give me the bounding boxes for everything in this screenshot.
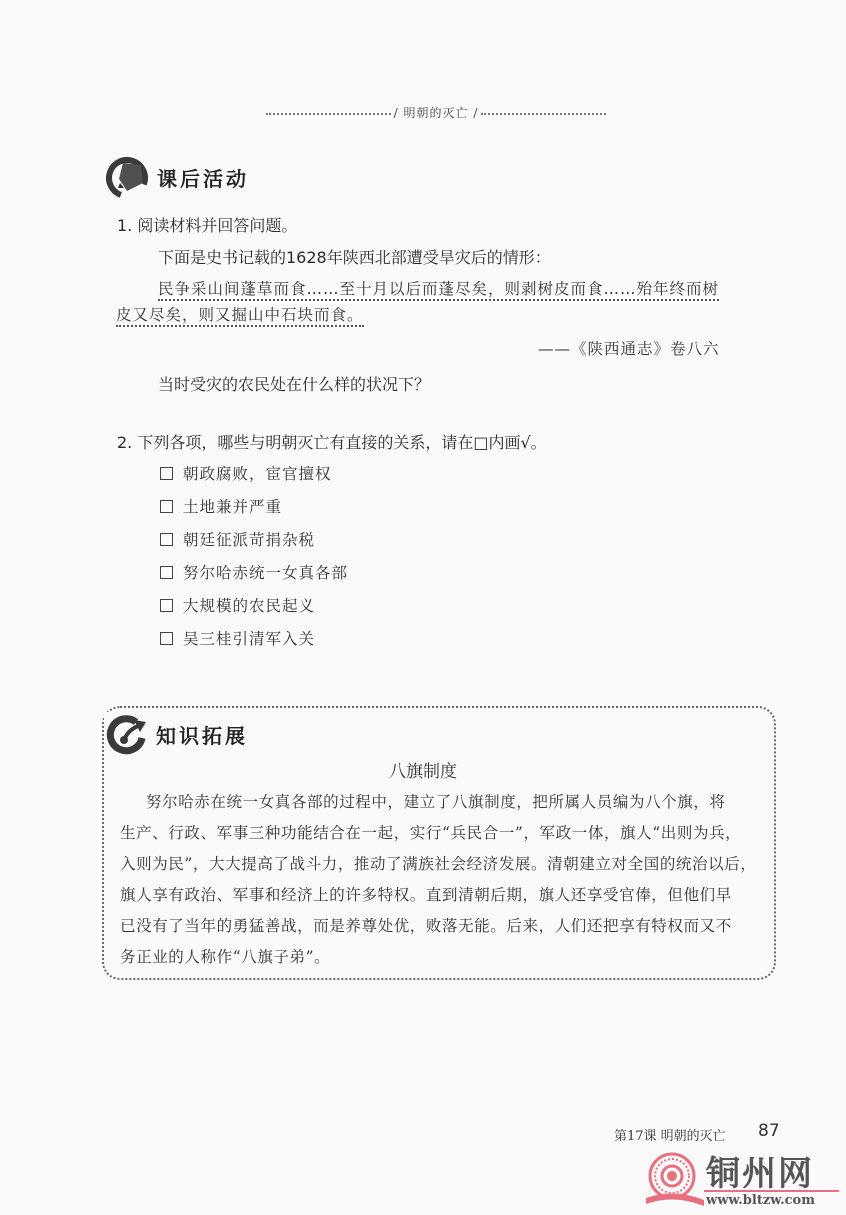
- pencil-ring-icon: [105, 155, 149, 199]
- question-2-number: 2.: [117, 433, 132, 452]
- question-2-text: 下列各项，哪些与明朝灭亡有直接的关系，请在□内画√。: [137, 433, 546, 452]
- dot-leader-left: [266, 113, 391, 115]
- question-1-question: 当时受灾的农民处在什么样的状况下？: [158, 372, 430, 395]
- dot-leader-right: [481, 113, 606, 115]
- question-1-intro: 下面是史书记载的1628年陕西北部遭受旱灾后的情形：: [158, 245, 551, 268]
- option-item[interactable]: 土地兼并严重: [160, 495, 282, 517]
- checkbox[interactable]: [160, 467, 173, 480]
- option-item[interactable]: 朝政腐败，宦官擅权: [160, 462, 332, 484]
- option-label: 朝政腐败，宦官擅权: [183, 462, 332, 484]
- option-label: 吴三桂引清军入关: [183, 627, 315, 649]
- running-title-text: 明朝的灭亡: [404, 106, 469, 120]
- running-header: / 明朝的灭亡 /: [266, 103, 606, 121]
- checkbox[interactable]: [160, 500, 173, 513]
- watermark-url: www.bltzw.com: [706, 1193, 815, 1208]
- option-item[interactable]: 朝廷征派苛捐杂税: [160, 528, 315, 550]
- watermark: 铜州网 www.bltzw.com: [644, 1150, 844, 1210]
- extension-paragraph: 努尔哈赤在统一女真各部的过程中，建立了八旗制度，把所属人员编为八个旗，将 生产、…: [120, 787, 770, 973]
- checkbox[interactable]: [160, 599, 173, 612]
- watermark-name: 铜州网: [706, 1146, 814, 1195]
- option-item[interactable]: 吴三桂引清军入关: [160, 627, 315, 649]
- paragraph-line: 务正业的人称作“八旗子弟”。: [120, 942, 770, 973]
- quote-line-2-text: 皮又尽矣，则又掘山中石块而食。: [116, 306, 364, 327]
- quote-line-1-text: 民争采山间蓬草而食……至十月以后而蓬尽矣，则剥树皮而食……殆年终而树: [158, 280, 719, 301]
- activity-section-header: 课后活动: [105, 155, 249, 199]
- option-label: 土地兼并严重: [183, 495, 282, 517]
- watermark-logo-icon: [644, 1150, 704, 1210]
- quote-line-1: 民争采山间蓬草而食……至十月以后而蓬尽矣，则剥树皮而食……殆年终而树: [158, 277, 719, 299]
- extension-section-title: 知识拓展: [156, 720, 248, 749]
- paragraph-line: 旗人享有政治、军事和经济上的许多特权。直到清朝后期，旗人还享受官俸，但他们早: [120, 880, 770, 911]
- running-title: / 明朝的灭亡 /: [391, 104, 482, 121]
- paragraph-line: 努尔哈赤在统一女真各部的过程中，建立了八旗制度，把所属人员编为八个旗，将: [120, 787, 770, 818]
- footer-lesson: 第17课 明朝的灭亡: [614, 1125, 726, 1144]
- question-1-prompt: 1. 阅读材料并回答问题。: [117, 213, 297, 236]
- question-2-prompt: 2. 下列各项，哪些与明朝灭亡有直接的关系，请在□内画√。: [117, 430, 547, 453]
- option-item[interactable]: 大规模的农民起义: [160, 594, 315, 616]
- question-1-number: 1.: [117, 216, 132, 235]
- extension-subtitle: 八旗制度: [0, 757, 846, 782]
- checkbox[interactable]: [160, 533, 173, 546]
- checkbox[interactable]: [160, 566, 173, 579]
- paragraph-line: 入则为民”，大大提高了战斗力，推动了满族社会经济发展。清朝建立对全国的统治以后，: [120, 849, 770, 880]
- quote-source: ——《陕西通志》卷八六: [538, 337, 720, 359]
- page-number: 87: [758, 1121, 780, 1141]
- quote-line-2: 皮又尽矣，则又掘山中石块而食。: [116, 303, 364, 325]
- option-label: 努尔哈赤统一女真各部: [183, 561, 348, 583]
- watermark-divider: [704, 1190, 839, 1192]
- extension-section-header: 知识拓展: [104, 712, 248, 756]
- question-1-text: 阅读材料并回答问题。: [137, 216, 297, 235]
- option-label: 朝廷征派苛捐杂税: [183, 528, 315, 550]
- paragraph-line: 已没有了当年的勇猛善战，而是养尊处优，败落无能。后来，人们还把享有特权而又不: [120, 911, 770, 942]
- paragraph-line: 生产、行政、军事三种功能结合在一起，实行“兵民合一”，军政一体，旗人“出则为兵，: [120, 818, 770, 849]
- option-label: 大规模的农民起义: [183, 594, 315, 616]
- activity-section-title: 课后活动: [157, 163, 249, 192]
- option-item[interactable]: 努尔哈赤统一女真各部: [160, 561, 348, 583]
- checkbox[interactable]: [160, 632, 173, 645]
- circular-arrow-icon: [104, 712, 148, 756]
